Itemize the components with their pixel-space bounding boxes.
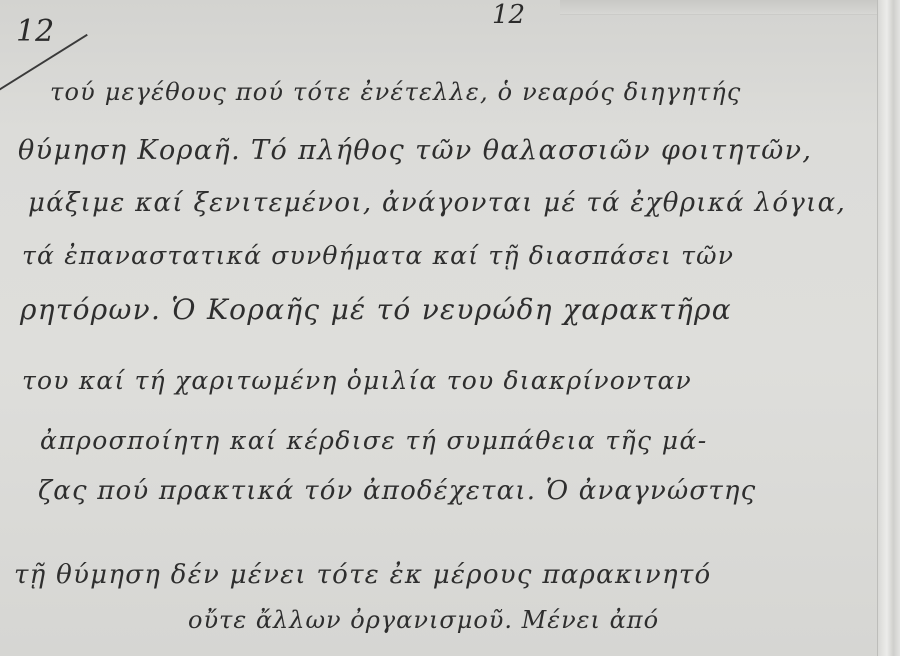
handwritten-line-10: οὔτε ἄλλων ὀργανισμοῦ. Μένει ἀπό: [188, 608, 659, 632]
page-right-edge: [877, 0, 900, 656]
handwritten-line-2: θύμηση Κοραῆ. Τό πλήθος τῶν θαλασσιῶν φο…: [18, 137, 812, 164]
corner-page-number: 12: [16, 14, 54, 49]
handwritten-line-5: ρητόρων. Ὁ Κοραῆς μέ τό νευρώδη χαρακτῆρ…: [20, 296, 732, 324]
handwritten-line-4: τά ἐπαναστατικά συνθήματα καί τῇ διασπάσ…: [22, 243, 734, 268]
handwritten-line-7: ἀπροσποίητη καί κέρδισε τή συμπάθεια τῆς…: [40, 428, 708, 453]
header-page-number: 12: [492, 0, 525, 30]
handwritten-line-3: μάξιμε καί ξενιτεμένοι, ἀνάγονται μέ τά …: [28, 190, 846, 216]
handwritten-line-1: τού μεγέθους πού τότε ἐνέτελλε, ὁ νεαρός…: [50, 80, 741, 104]
manuscript-page: 12 12 τού μεγέθους πού τότε ἐνέτελλε, ὁ …: [0, 0, 900, 656]
handwritten-line-6: του καί τή χαριτωμένη ὁμιλία του διακρίν…: [22, 368, 692, 393]
page-top-edge: [560, 0, 900, 15]
handwritten-line-8: ζας πού πρακτικά τόν ἀποδέχεται. Ὁ ἀναγν…: [38, 478, 756, 504]
handwritten-line-9: τῇ θύμηση δέν μένει τότε ἐκ μέρους παρακ…: [14, 562, 711, 588]
